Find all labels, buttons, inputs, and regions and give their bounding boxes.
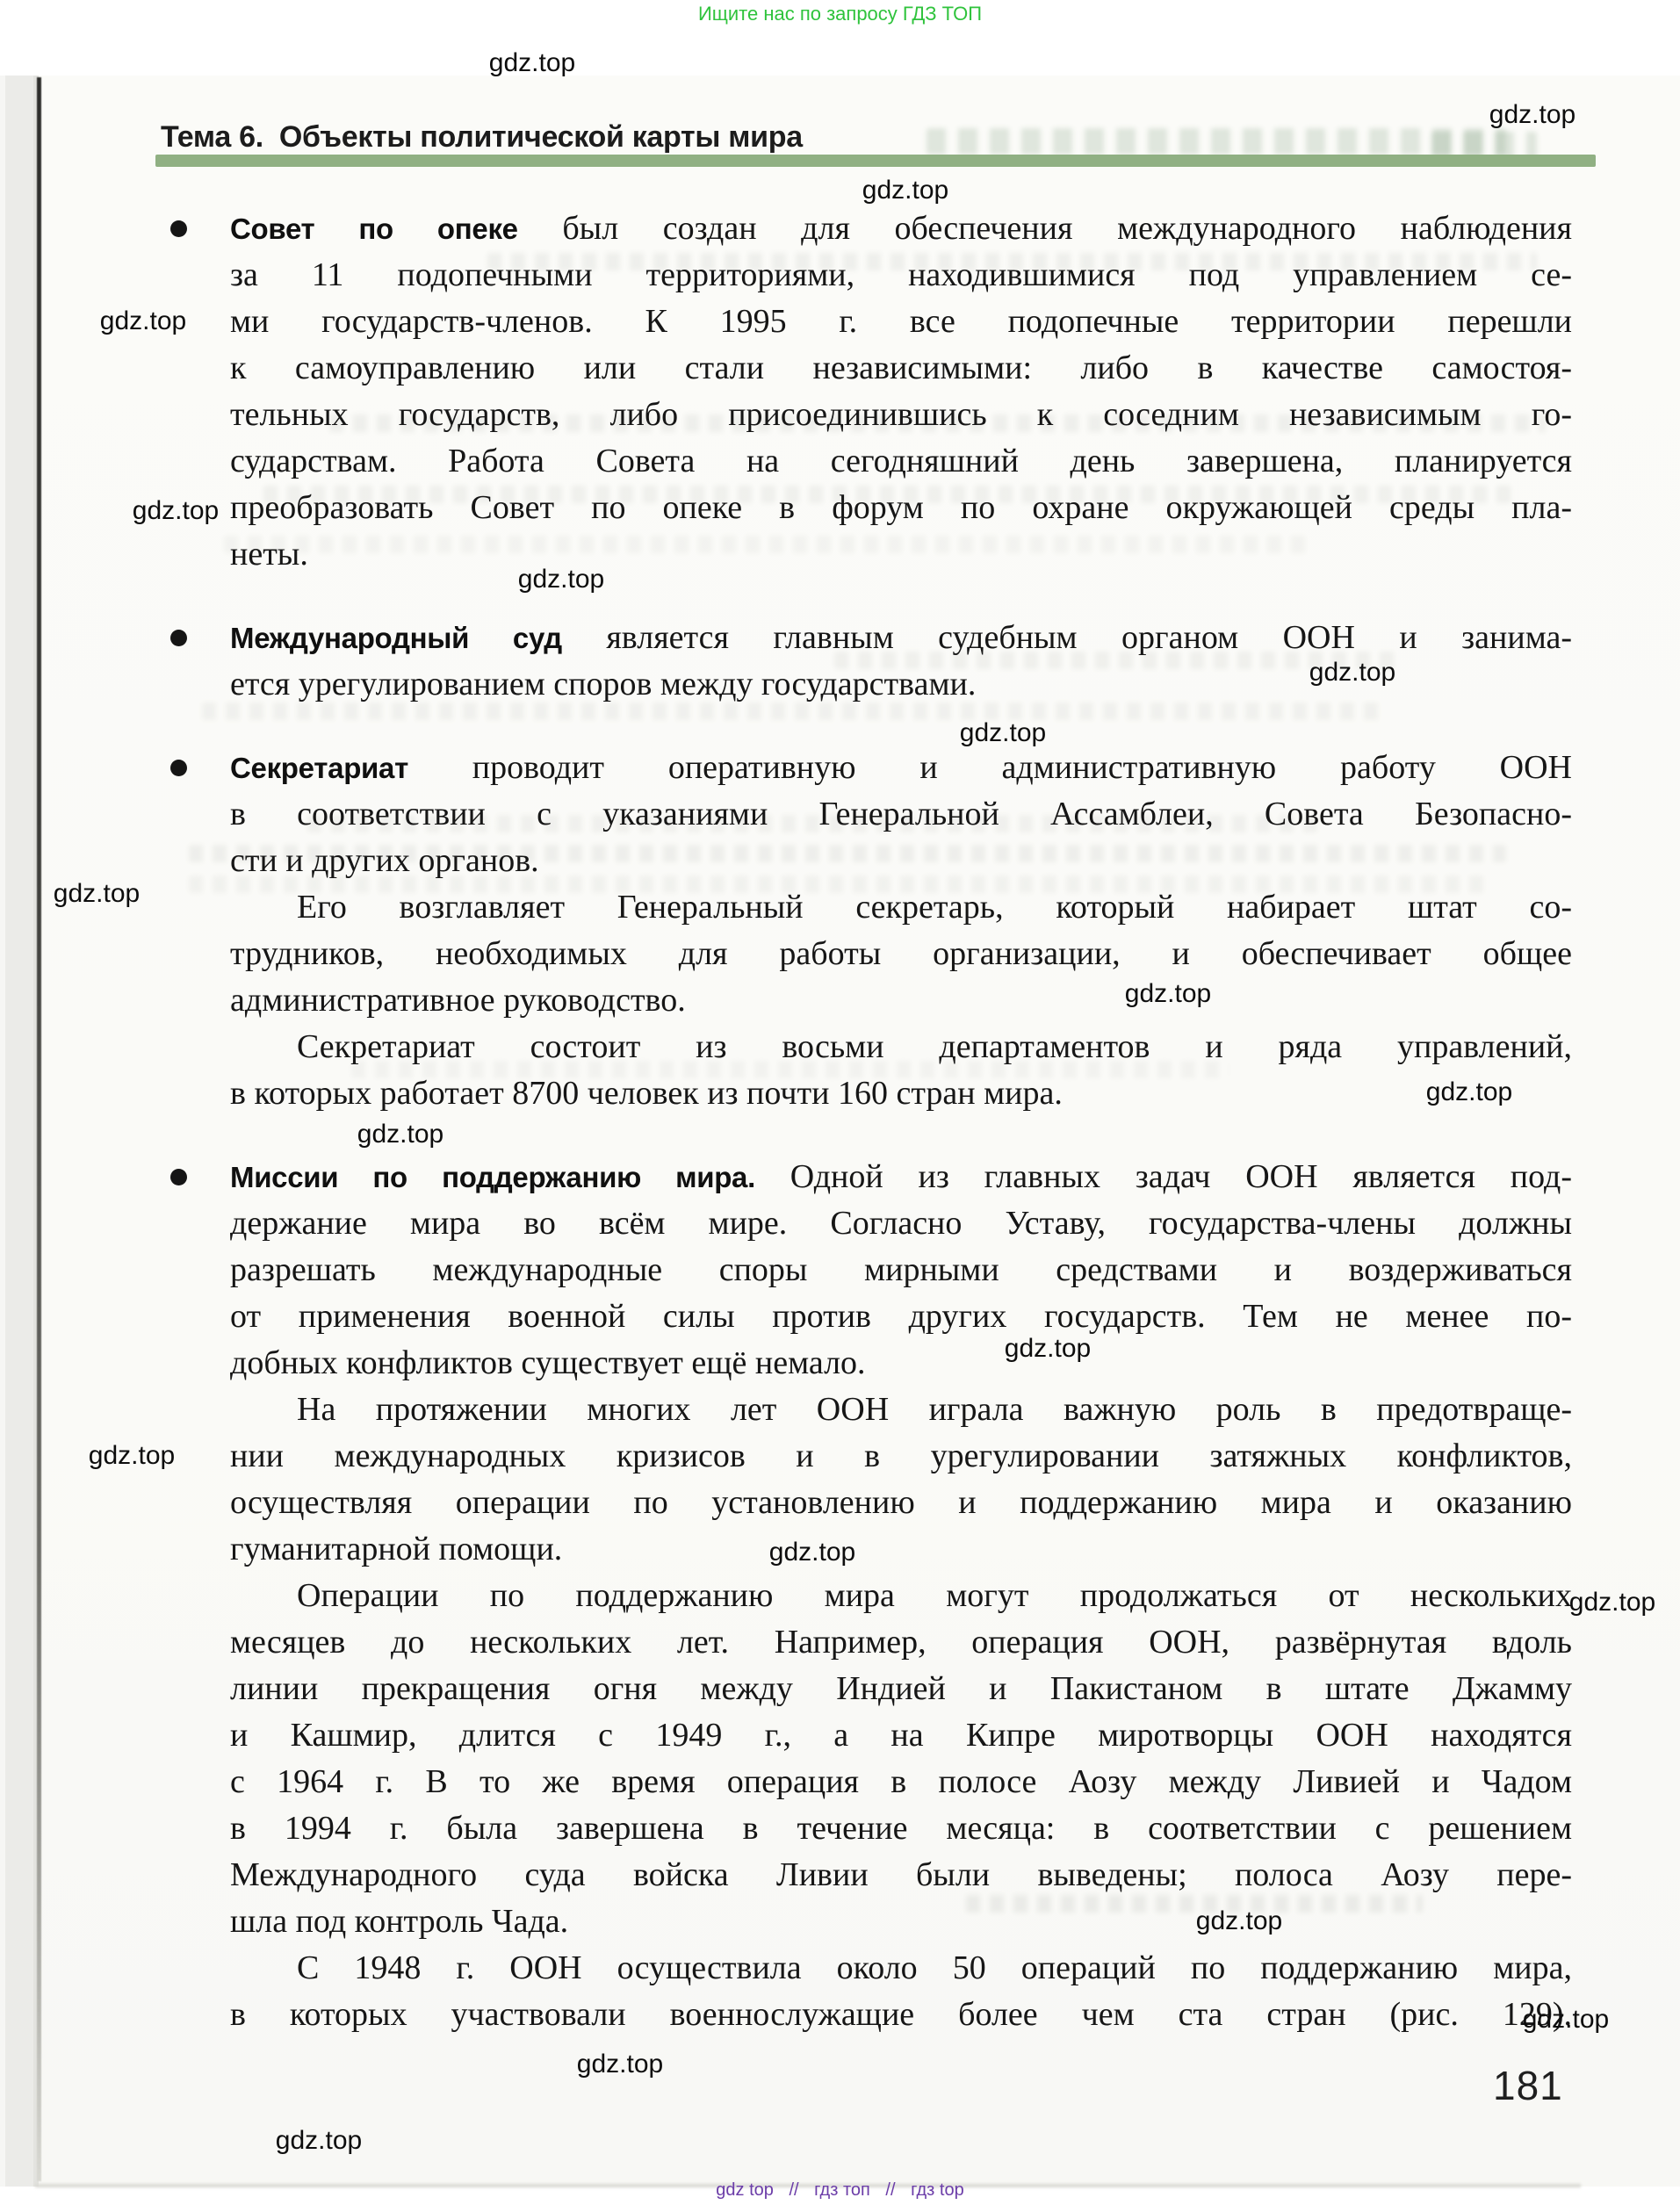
text-line: Миссии по поддержанию мира. Одной из гла… xyxy=(230,1154,1572,1200)
gdz-watermark: gdz.top xyxy=(357,1120,443,1149)
bullet-dot xyxy=(170,630,187,646)
paragraph: Операции по поддержанию мира могут продо… xyxy=(230,1573,1572,1945)
text-line: Международный суд является главным судеб… xyxy=(230,615,1572,661)
paragraph: С 1948 г. ООН осуществила около 50 опера… xyxy=(230,1945,1572,2038)
text-line: в которых участвовали военнослужащие бол… xyxy=(230,1992,1572,2038)
text-line: Совет по опеке был создан для обеспечени… xyxy=(230,205,1572,252)
text-line: Его возглавляет Генеральный секретарь, к… xyxy=(230,884,1572,931)
bullet-item: Секретариат проводит оперативную и админ… xyxy=(230,745,1572,884)
text-line: С 1948 г. ООН осуществила около 50 опера… xyxy=(230,1945,1572,1992)
text-line: нии международных кризисов и в урегулиро… xyxy=(230,1433,1572,1480)
gdz-watermark: gdz.top xyxy=(100,306,186,336)
topic-title: Объекты политической карты мира xyxy=(279,120,803,154)
gdz-watermark: gdz.top xyxy=(518,565,604,594)
text-line: шла под контроль Чада. xyxy=(230,1899,1572,1945)
text-line: Секретариат проводит оперативную и админ… xyxy=(230,745,1572,791)
section-heading: Тема 6.Объекты политической карты мира xyxy=(161,120,803,155)
text-line: сударствам. Работа Совета на сегодняшний… xyxy=(230,438,1572,485)
gdz-watermark: gdz.top xyxy=(1196,1906,1282,1936)
promo-banner-text: Ищите нас по запросу ГДЗ ТОП xyxy=(0,3,1680,25)
text-line: ми государств-членов. К 1995 г. все подо… xyxy=(230,299,1572,345)
text-line: трудников, необходимых для работы органи… xyxy=(230,931,1572,977)
text-line: неты. xyxy=(230,531,1572,578)
footer-link-gdz-top[interactable]: gdz top xyxy=(716,2180,774,2200)
gdz-watermark: gdz.top xyxy=(769,1538,855,1567)
text-line: преобразовать Совет по опеке в форум по … xyxy=(230,485,1572,531)
gdz-watermark: gdz.top xyxy=(1125,979,1211,1009)
text-line: разрешать международные споры мирными ср… xyxy=(230,1247,1572,1293)
topic-number: Тема 6. xyxy=(161,120,263,154)
text-line: тельных государств, либо присоединившись… xyxy=(230,392,1572,438)
bold-lead-in: Совет по опеке xyxy=(230,213,518,245)
scanned-book-page: Ищите нас по запросу ГДЗ ТОП Тема 6.Объе… xyxy=(0,0,1680,2212)
text-line: Операции по поддержанию мира могут продо… xyxy=(230,1573,1572,1619)
bullet-dot xyxy=(170,1169,187,1185)
gdz-watermark: gdz.top xyxy=(1309,658,1395,688)
text-line: добных конфликтов существует ещё немало. xyxy=(230,1340,1572,1387)
bullet-item: Миссии по поддержанию мира. Одной из гла… xyxy=(230,1154,1572,1387)
gdz-watermark: gdz.top xyxy=(1489,100,1575,130)
paragraph: Его возглавляет Генеральный секретарь, к… xyxy=(230,884,1572,1024)
text-line: с 1964 г. В то же время операция в полос… xyxy=(230,1759,1572,1805)
book-gutter xyxy=(0,76,39,2187)
footer-links: gdz top // гдз топ // гдз top xyxy=(0,2180,1680,2201)
gdz-watermark: gdz.top xyxy=(1523,2005,1609,2035)
text-line: административное руководство. xyxy=(230,977,1572,1024)
text-line: месяцев до нескольких лет. Например, опе… xyxy=(230,1619,1572,1666)
gdz-watermark: gdz.top xyxy=(1005,1334,1091,1364)
gdz-watermark: gdz.top xyxy=(960,718,1046,748)
bullet-dot xyxy=(170,760,187,776)
bold-lead-in: Секретариат xyxy=(230,752,408,784)
gdz-watermark: gdz.top xyxy=(862,176,948,205)
footer-link-gdz-top-mixed[interactable]: гдз top xyxy=(911,2180,964,2200)
text-line: линии прекращения огня между Индией и Па… xyxy=(230,1666,1572,1712)
paragraph: Секретариат состоит из восьми департамен… xyxy=(230,1024,1572,1117)
text-line: На протяжении многих лет ООН играла важн… xyxy=(230,1387,1572,1433)
gdz-watermark: gdz.top xyxy=(489,48,575,78)
page-text: Совет по опеке был создан для обеспечени… xyxy=(230,183,1572,2038)
gdz-watermark: gdz.top xyxy=(133,496,219,526)
text-line: и Кашмир, длится с 1949 г., а на Кипре м… xyxy=(230,1712,1572,1759)
paragraph: На протяжении многих лет ООН играла важн… xyxy=(230,1387,1572,1573)
footer-separator: // xyxy=(789,2180,798,2200)
text-line: к самоуправлению или стали независимыми:… xyxy=(230,345,1572,392)
text-line: от применения военной силы против других… xyxy=(230,1293,1572,1340)
text-line: Секретариат состоит из восьми департамен… xyxy=(230,1024,1572,1070)
text-line: Международного суда войска Ливии были вы… xyxy=(230,1852,1572,1899)
text-line: в соответствии с указаниями Генеральной … xyxy=(230,791,1572,838)
spine-shadow-line xyxy=(37,77,41,2181)
gdz-watermark: gdz.top xyxy=(54,879,140,909)
text-line: в которых работает 8700 человек из почти… xyxy=(230,1070,1572,1117)
gdz-watermark: gdz.top xyxy=(1426,1077,1512,1107)
bullet-item: Совет по опеке был создан для обеспечени… xyxy=(230,205,1572,578)
text-line: держание мира во всём мире. Согласно Уст… xyxy=(230,1200,1572,1247)
bold-lead-in: Миссии по поддержанию мира. xyxy=(230,1161,755,1193)
text-line: сти и других органов. xyxy=(230,838,1572,884)
gdz-watermark: gdz.top xyxy=(89,1441,175,1471)
gdz-watermark: gdz.top xyxy=(1569,1588,1655,1618)
text-line: осуществляя операции по установлению и п… xyxy=(230,1480,1572,1526)
footer-link-gdz-top-ru[interactable]: гдз топ xyxy=(814,2180,870,2200)
text-line: за 11 подопечными территориями, находивш… xyxy=(230,252,1572,299)
heading-rule xyxy=(155,155,1596,167)
text-line: гуманитарной помощи. xyxy=(230,1526,1572,1573)
gdz-watermark: gdz.top xyxy=(577,2050,663,2079)
footer-separator: // xyxy=(885,2180,895,2200)
bold-lead-in: Международный суд xyxy=(230,622,562,654)
gdz-watermark: gdz.top xyxy=(276,2126,362,2156)
bullet-dot xyxy=(170,220,187,237)
text-line: в 1994 г. была завершена в течение месяц… xyxy=(230,1805,1572,1852)
page-number: 181 xyxy=(1493,2062,1563,2109)
